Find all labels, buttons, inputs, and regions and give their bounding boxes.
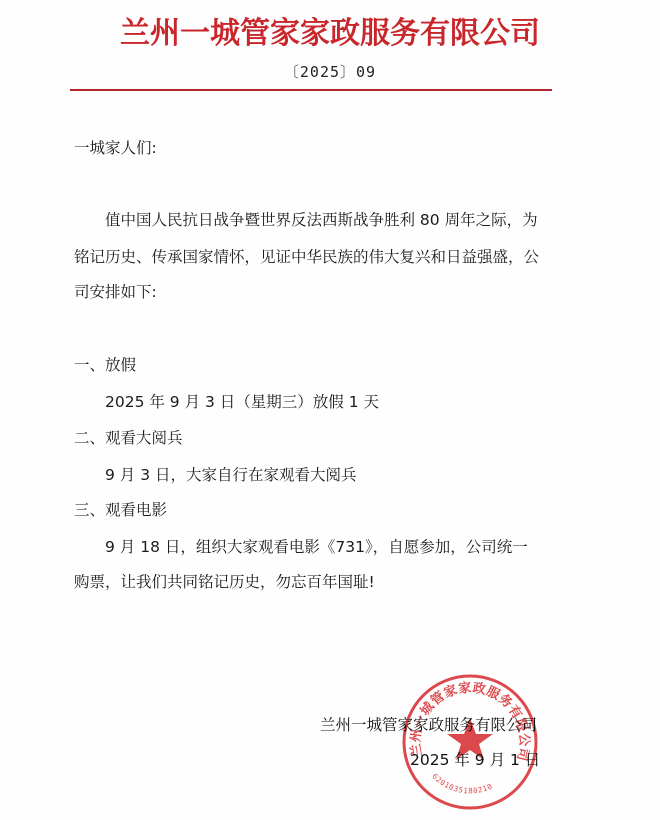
intro-line: 铭记历史、传承国家情怀，见证中华民族的伟大复兴和日益强盛，公 [74, 246, 539, 268]
document-number: 〔2025〕09 [0, 62, 660, 82]
signature-date: 2025 年 9 月 1 日 [410, 749, 540, 771]
intro-line: 值中国人民抗日战争暨世界反法西斯战争胜利 80 周年之际，为 [105, 209, 538, 231]
section-heading-holiday: 一、放假 [74, 354, 136, 376]
section-text: 9 月 18 日，组织大家观看电影《731》，自愿参加，公司统一 [105, 536, 528, 558]
section-heading-parade: 二、观看大阅兵 [74, 427, 183, 449]
section-text: 购票，让我们共同铭记历史，勿忘百年国耻! [74, 571, 375, 593]
section-heading-movie: 三、观看电影 [74, 499, 167, 521]
letterhead-title: 兰州一城管家家政服务有限公司 [0, 14, 660, 54]
intro-line: 司安排如下: [74, 281, 157, 303]
signature-company: 兰州一城管家家政服务有限公司 [320, 714, 537, 736]
section-text: 2025 年 9 月 3 日（星期三）放假 1 天 [105, 391, 379, 413]
document-page: 兰州一城管家家政服务有限公司 〔2025〕09 一城家人们: 值中国人民抗日战争… [0, 0, 660, 820]
section-text: 9 月 3 日，大家自行在家观看大阅兵 [105, 464, 357, 486]
company-seal: 兰州一城管家家政服务有限公司 6201035180210 [400, 672, 540, 812]
salutation: 一城家人们: [74, 137, 157, 159]
svg-text:6201035180210: 6201035180210 [430, 772, 494, 796]
seal-serial-number: 6201035180210 [430, 772, 494, 796]
letterhead-divider [70, 89, 552, 91]
